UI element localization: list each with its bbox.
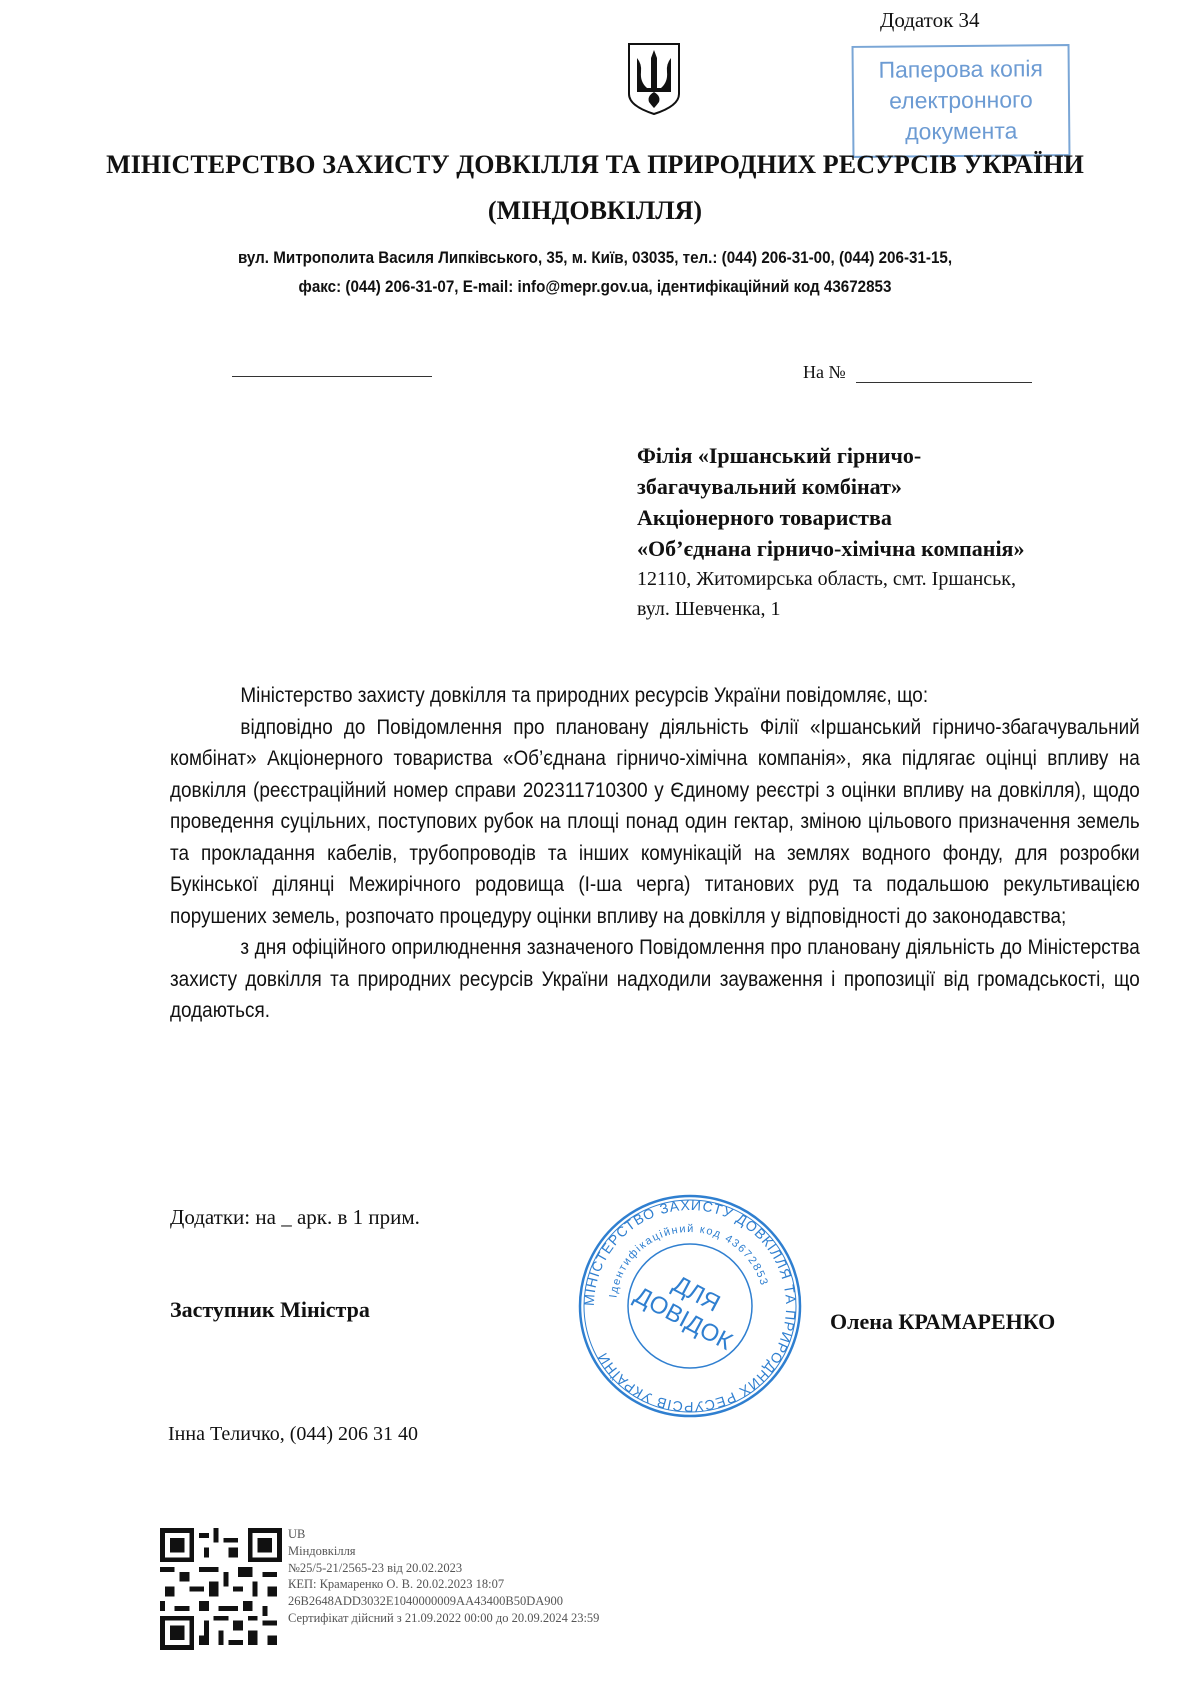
attachments-note: Додатки: на _ арк. в 1 прим.: [170, 1205, 420, 1230]
ministry-short-name: (МІНДОВКІЛЛЯ): [0, 196, 1190, 226]
address-line: вул. Митрополита Василя Липківського, 35…: [48, 244, 1143, 273]
e-signature-line: Міндовкілля: [288, 1543, 599, 1560]
trident-icon: [627, 42, 681, 116]
outgoing-number-blank: [232, 376, 432, 377]
body-paragraph: з дня офіційного оприлюднення зазначеног…: [170, 932, 1140, 1027]
body-paragraph: відповідно до Повідомлення про плановану…: [170, 712, 1140, 933]
qr-code-icon: [158, 1528, 284, 1650]
official-seal-icon: МІНІСТЕРСТВО ЗАХИСТУ ДОВКІЛЛЯ ТА ПРИРОДН…: [574, 1190, 806, 1422]
e-signature-details: UB Міндовкілля №25/5-21/2565-23 від 20.0…: [288, 1526, 599, 1627]
paper-copy-stamp-line: Паперова копія: [854, 53, 1068, 86]
paper-copy-stamp-line: електронного: [854, 84, 1068, 117]
e-signature-line: Сертифікат дійсний з 21.09.2022 00:00 до…: [288, 1610, 599, 1627]
paper-copy-stamp-line: документа: [854, 115, 1068, 148]
recipient-name-line: Філія «Іршанський гірничо-: [637, 440, 1024, 471]
incoming-number-blank: [856, 382, 1032, 383]
letter-body: Міністерство захисту довкілля та природн…: [170, 680, 1140, 1027]
recipient-name-line: збагачувальний комбінат»: [637, 471, 1024, 502]
recipient-address-line: вул. Шевченка, 1: [637, 594, 1024, 624]
executor-contact: Інна Теличко, (044) 206 31 40: [168, 1423, 418, 1446]
body-paragraph: Міністерство захисту довкілля та природн…: [170, 680, 1140, 712]
signatory-name: Олена КРАМАРЕНКО: [830, 1309, 1055, 1335]
address-line: факс: (044) 206-31-07, E-mail: info@mepr…: [48, 273, 1143, 302]
recipient-address-line: 12110, Житомирська область, смт. Іршансь…: [637, 564, 1024, 594]
signatory-title: Заступник Міністра: [170, 1297, 370, 1323]
paper-copy-stamp: Паперова копія електронного документа: [852, 44, 1071, 158]
appendix-label: Додаток 34: [880, 8, 980, 33]
e-signature-line: 26B2648ADD3032E1040000009AA43400B50DA900: [288, 1593, 599, 1610]
recipient-name-line: «Об’єднана гірничо-хімічна компанія»: [637, 533, 1024, 564]
recipient-name-line: Акціонерного товариства: [637, 502, 1024, 533]
incoming-number-label: На №: [803, 362, 846, 383]
recipient-block: Філія «Іршанський гірничо- збагачувальни…: [637, 440, 1024, 624]
ministry-title: МІНІСТЕРСТВО ЗАХИСТУ ДОВКІЛЛЯ ТА ПРИРОДН…: [0, 150, 1190, 180]
e-signature-line: UB: [288, 1526, 599, 1543]
e-signature-line: КЕП: Крамаренко О. В. 20.02.2023 18:07: [288, 1576, 599, 1593]
e-signature-line: №25/5-21/2565-23 від 20.02.2023: [288, 1560, 599, 1577]
ministry-address: вул. Митрополита Василя Липківського, 35…: [48, 244, 1143, 302]
